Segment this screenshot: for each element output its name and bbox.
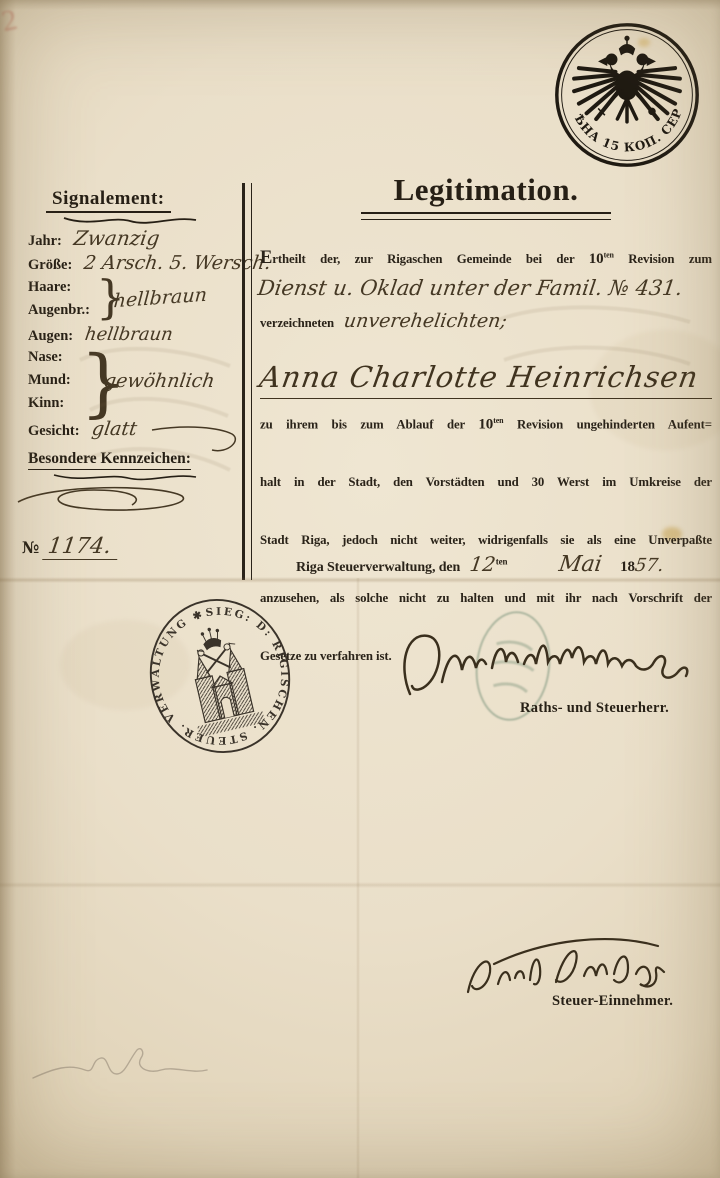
- title-underline: [361, 212, 611, 220]
- document-number: № 1174.: [22, 534, 119, 560]
- column-divider-rule: [242, 183, 252, 580]
- pencil-note: [25, 1030, 225, 1100]
- scan-edge-shadow: [0, 0, 16, 1178]
- field-label: Jahr:: [28, 233, 62, 249]
- document-page: 2: [0, 0, 720, 1178]
- document-number-value: 1174.: [42, 534, 121, 560]
- fold-crease-horizontal: [0, 882, 720, 888]
- official-title-rathsherr: Raths- und Steuerherr.: [520, 700, 669, 717]
- body-line: zu ihrem bis zum Ablauf der 10ten Revisi…: [260, 406, 712, 468]
- holder-name-line: Anna Charlotte Heinrichsen: [260, 360, 712, 399]
- signalement-heading: Signalement:: [46, 188, 171, 213]
- hair-group-value: hellbraun: [113, 284, 208, 312]
- scan-edge-shadow-top: [0, 0, 720, 10]
- double-headed-eagle-icon: [574, 36, 680, 122]
- official-title-einnehmer: Steuer-Einnehmer.: [552, 993, 673, 1010]
- revenue-stamp: ЦѢНА 15 КОП. СЕР.: [550, 20, 704, 170]
- dateline-year-hand: 57.: [633, 555, 665, 576]
- signalement-field-gesicht: Gesicht: glatt: [28, 418, 136, 440]
- mouth-group-value: gewöhnlich: [102, 370, 216, 392]
- document-title-block: Legitimation.: [260, 172, 712, 220]
- handwritten-nil-flourish: [10, 478, 200, 522]
- special-marks-heading: Besondere Kennzeichen:: [28, 450, 191, 470]
- field-label: Augenbr.:: [28, 302, 90, 318]
- intro-post: Revision zum: [614, 252, 712, 266]
- field-label: Nase:: [28, 349, 63, 365]
- printed-word: verzeichneten: [260, 316, 334, 330]
- field-value: glatt: [90, 418, 138, 440]
- holder-name: Anna Charlotte Heinrichsen: [257, 360, 701, 394]
- signature-hollander: [398, 612, 710, 712]
- handwritten-status-word: unverehelichten;: [342, 310, 508, 332]
- body-pre: zu ihrem bis zum Ablauf der: [260, 417, 478, 431]
- dateline-day-ordinal: ten: [496, 557, 508, 567]
- signalement-field-haare: Haare:: [28, 278, 71, 296]
- dateline-month: Mai: [558, 552, 604, 577]
- dateline-day: 12: [469, 552, 498, 576]
- dateline-year-printed: 18: [620, 559, 635, 575]
- signalement-field-augenbr: Augenbr.:: [28, 301, 90, 319]
- field-label: Gesicht:: [28, 423, 80, 439]
- revision-number: 10: [589, 251, 604, 267]
- revision-ordinal: ten: [604, 251, 614, 260]
- signalement-field-jahr: Jahr: Zwanzig: [28, 226, 159, 250]
- signalement-field-nase: Nase:: [28, 348, 63, 366]
- field-label: Größe:: [28, 257, 72, 273]
- signalement-field-groesse: Größe: 2 Arsch. 5. Wersch.: [28, 252, 271, 274]
- intro-pre: Ertheilt der, zur Rigaschen Gemeinde bei…: [260, 252, 589, 266]
- revision-number: 10: [478, 416, 493, 432]
- field-value: Zwanzig: [72, 226, 161, 250]
- revision-ordinal: ten: [493, 416, 503, 425]
- field-label: Mund:: [28, 372, 71, 388]
- dateline-printed: Riga Steuerverwaltung, den: [296, 560, 460, 575]
- field-label: Augen:: [28, 328, 73, 344]
- numero-sign: №: [22, 538, 39, 557]
- field-label: Kinn:: [28, 395, 64, 411]
- signalement-field-kinn: Kinn:: [28, 394, 64, 412]
- signalement-field-mund: Mund:: [28, 371, 71, 389]
- body-post: Revision ungehinderten Aufent=: [503, 417, 712, 431]
- field-label: Haare:: [28, 279, 71, 295]
- document-title: Legitimation.: [260, 172, 712, 208]
- handwritten-register-line: Dienst u. Oklad unter der Famil. № 431.: [256, 276, 719, 300]
- city-gate-icon: [176, 621, 265, 738]
- verzeichneten-line: verzeichneten unverehelichten;: [260, 310, 712, 332]
- dateline: Riga Steuerverwaltung, den 12ten Mai 185…: [296, 552, 716, 577]
- body-line: halt in der Stadt, den Vorstädten und 30…: [260, 468, 712, 526]
